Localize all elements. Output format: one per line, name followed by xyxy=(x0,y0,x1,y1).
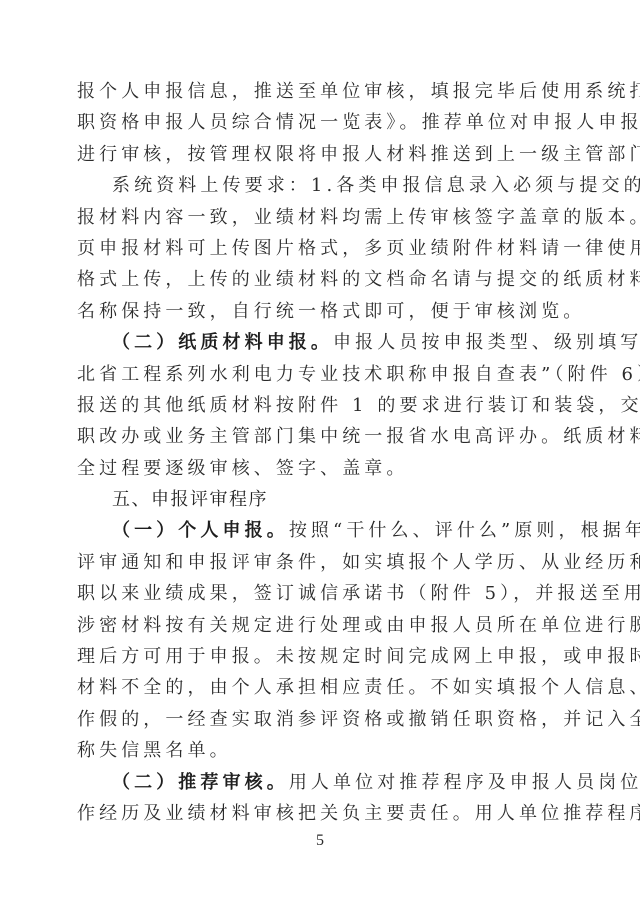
paragraph-line: 作假的，一经查实取消参评资格或撤销任职资格，并记入全省职 xyxy=(77,704,567,735)
paragraph-line: 评审通知和申报评审条件，如实填报个人学历、从业经历和任现 xyxy=(77,547,567,578)
paragraph-line: 页申报材料可上传图片格式，多页业绩附件材料请一律使用 PDF xyxy=(77,233,567,264)
document-body: 报个人申报信息，推送至单位审核，填报完毕后使用系统打印《任 职资格申报人员综合情… xyxy=(77,76,567,829)
paragraph-line: 系统资料上传要求：1.各类申报信息录入必须与提交的纸质申 xyxy=(77,170,567,201)
paragraph-line: 涉密材料按有关规定进行处理或由申报人员所在单位进行脱密处 xyxy=(77,610,567,641)
paragraph-text: 用人单位对推荐程序及申报人员岗位、工 xyxy=(289,772,640,793)
paragraph-line: 格式上传，上传的业绩材料的文档命名请与提交的纸质材料中的 xyxy=(77,264,567,295)
paragraph-line: 称失信黑名单。 xyxy=(77,735,567,766)
paragraph-line: （二）推荐审核。用人单位对推荐程序及申报人员岗位、工 xyxy=(77,767,567,798)
paragraph-line: 职资格申报人员综合情况一览表》。推荐单位对申报人申报材料 xyxy=(77,107,567,138)
paragraph-text: 申报人员按申报类型、级别填写“湖 xyxy=(333,332,640,353)
section-heading: 五、申报评审程序 xyxy=(77,484,567,515)
paragraph-line: 职以来业绩成果，签订诚信承诺书（附件 5），并报送至用人单位。 xyxy=(77,578,567,609)
paragraph-line: 作经历及业绩材料审核把关负主要责任。用人单位推荐程序应公 xyxy=(77,798,567,829)
paragraph-line: （二）纸质材料申报。申报人员按申报类型、级别填写“湖 xyxy=(77,327,567,358)
paragraph-line: 报送的其他纸质材料按附件 1 的要求进行装订和装袋，交由市州 xyxy=(77,390,567,421)
paragraph-text: 按照“干什么、评什么”原则，根据年度 xyxy=(289,520,640,541)
paragraph-line: 职改办或业务主管部门集中统一报省水电高评办。纸质材料报送 xyxy=(77,421,567,452)
paragraph-line: 材料不全的，由个人承担相应责任。不如实填报个人信息、弄虚 xyxy=(77,672,567,703)
document-page: 报个人申报信息，推送至单位审核，填报完毕后使用系统打印《任 职资格申报人员综合情… xyxy=(0,0,640,905)
paragraph-line: 全过程要逐级审核、签字、盖章。 xyxy=(77,453,567,484)
paragraph-line: 报个人申报信息，推送至单位审核，填报完毕后使用系统打印《任 xyxy=(77,76,567,107)
paragraph-line: 理后方可用于申报。未按规定时间完成网上申报，或申报时提交 xyxy=(77,641,567,672)
page-number: 5 xyxy=(0,832,640,850)
paragraph-line: 北省工程系列水利电力专业技术职称申报自查表”（附件 6），与 xyxy=(77,359,567,390)
paragraph-line: 进行审核，按管理权限将申报人材料推送到上一级主管部门。 xyxy=(77,139,567,170)
section-subheading: （一）个人申报。 xyxy=(112,520,289,541)
paragraph-line: 报材料内容一致，业绩材料均需上传审核签字盖章的版本。2.除单 xyxy=(77,202,567,233)
section-subheading: （二）纸质材料申报。 xyxy=(112,332,333,353)
paragraph-line: （一）个人申报。按照“干什么、评什么”原则，根据年度 xyxy=(77,515,567,546)
paragraph-line: 名称保持一致，自行统一格式即可，便于审核浏览。 xyxy=(77,296,567,327)
section-subheading: （二）推荐审核。 xyxy=(112,772,289,793)
